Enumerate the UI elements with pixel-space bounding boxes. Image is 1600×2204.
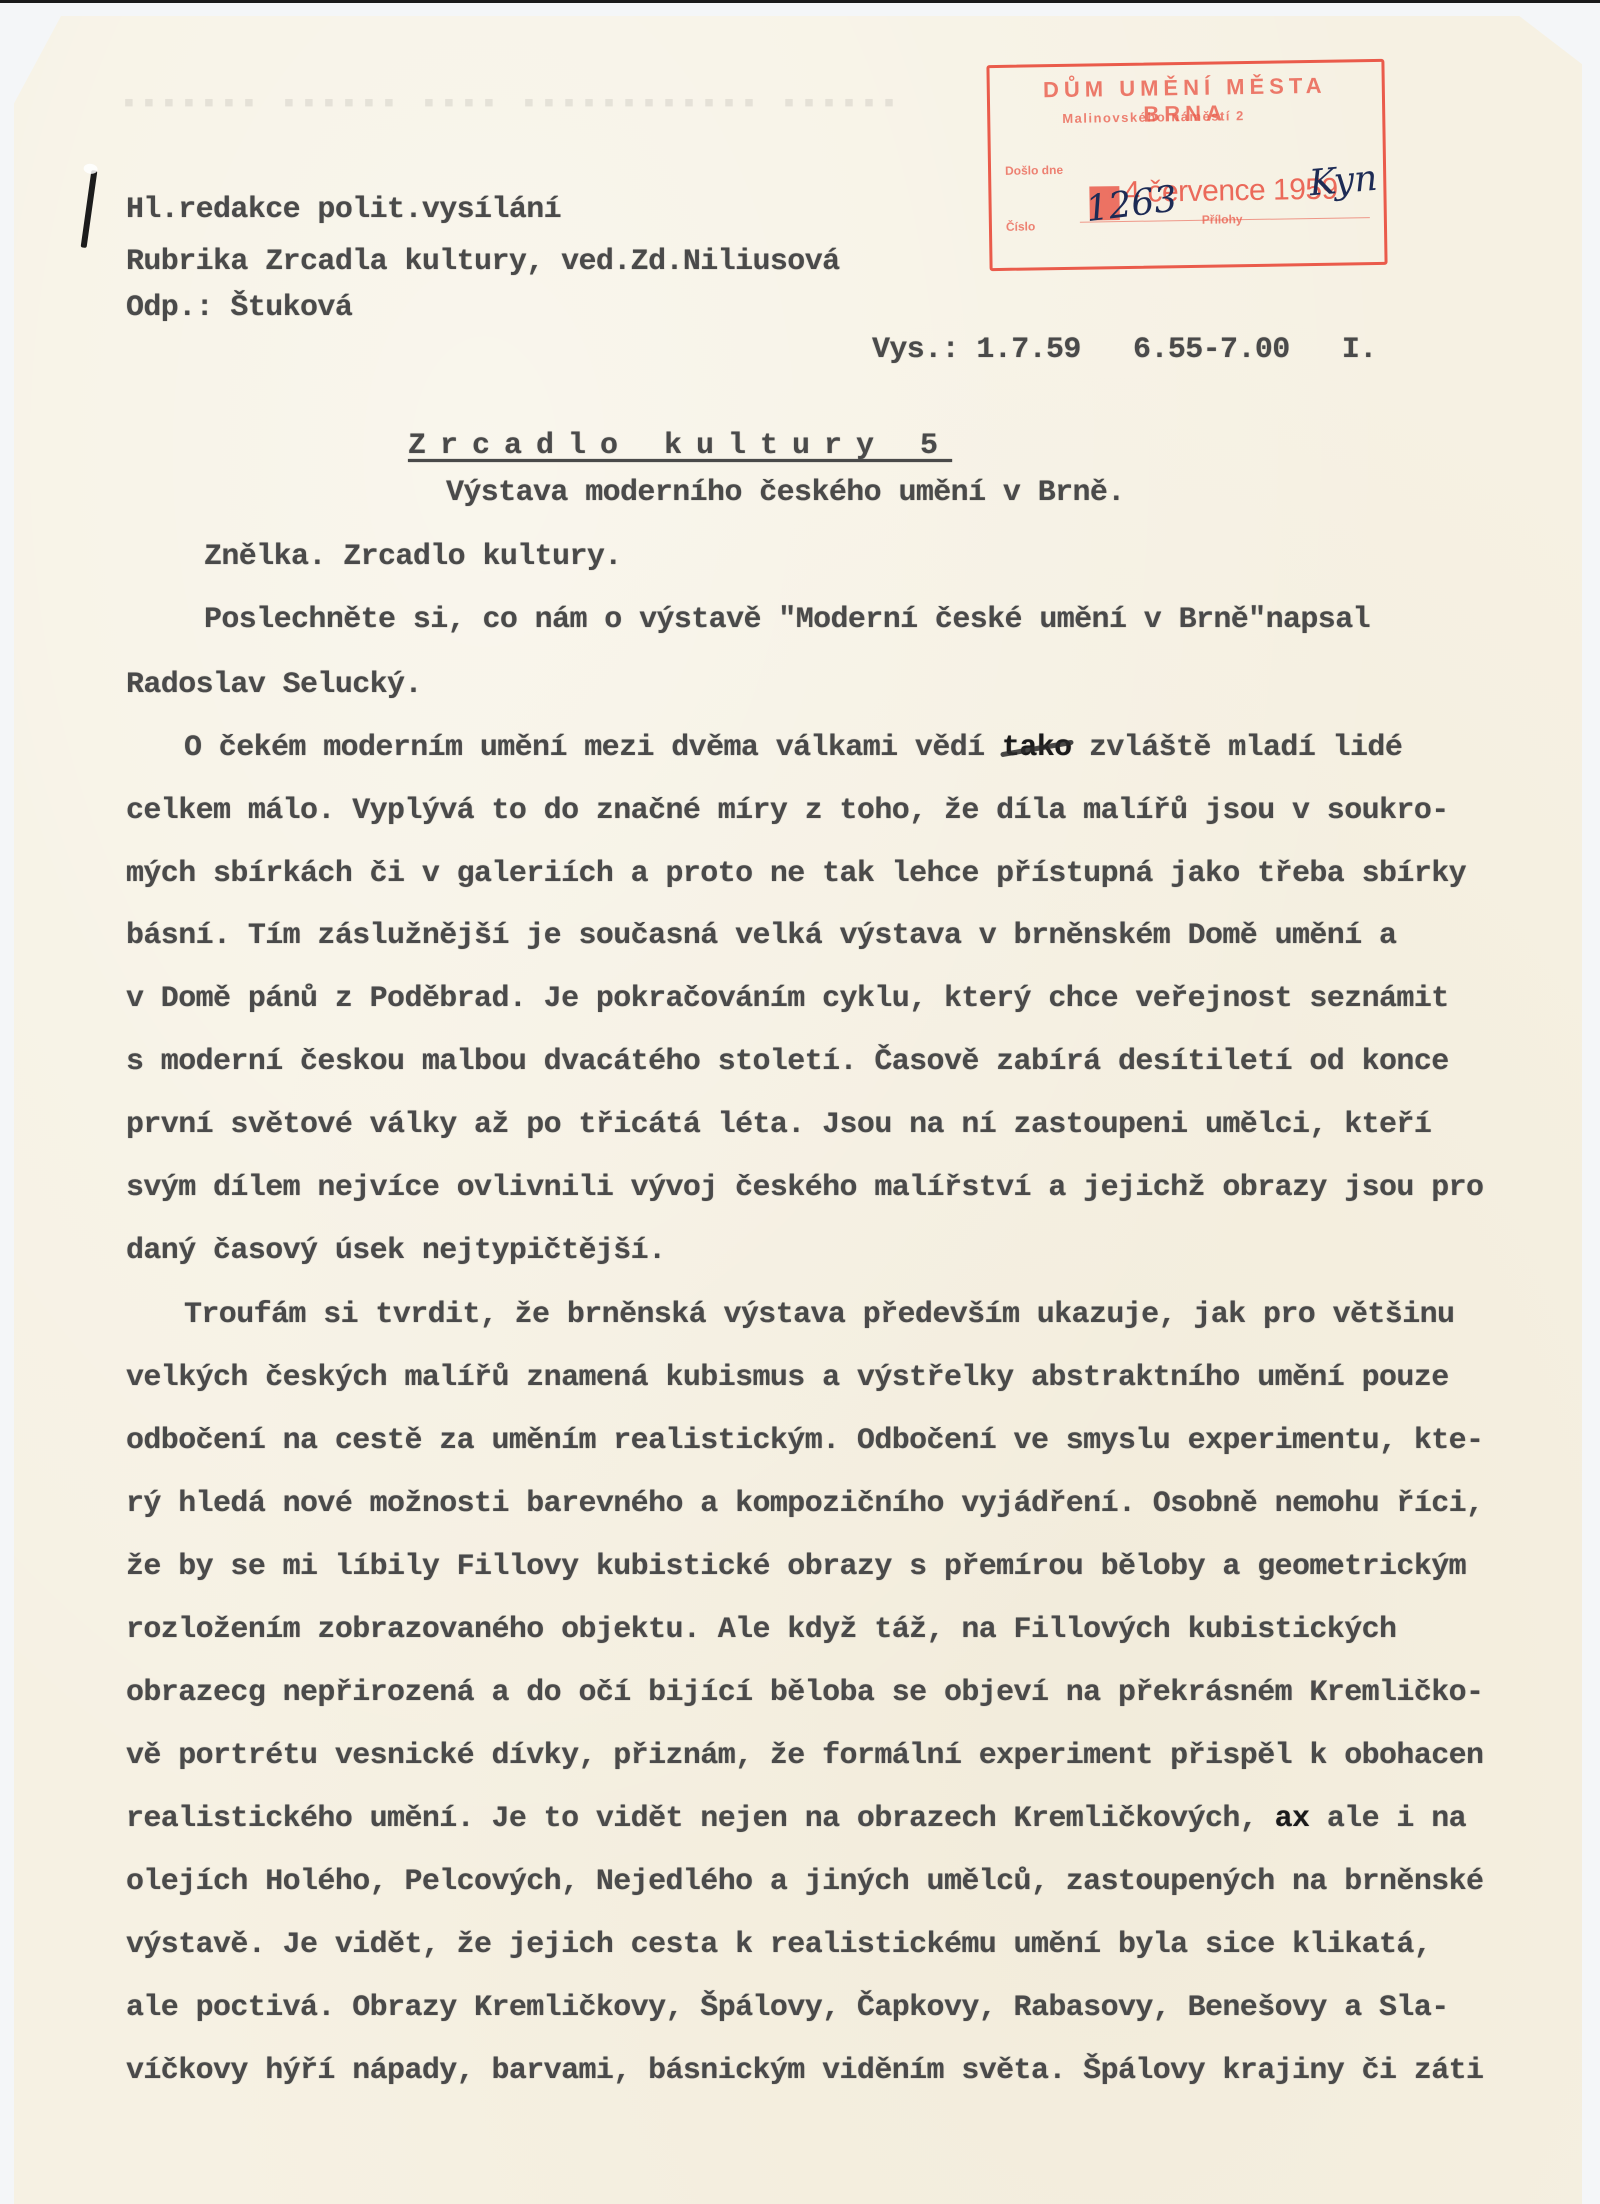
stamp-received-label: Došlo dne [1005,163,1063,178]
body-p2-line-3: odbočení na cestě za uměním realistickým… [126,1423,1483,1459]
body-p2-line-9: realistického umění. Je to vidět nejen n… [126,1801,1466,1837]
stamp-number-label: Číslo [1006,219,1036,233]
intro-line-1: Poslechněte si, co nám o výstavě "Modern… [204,602,1370,638]
body-p1-line-2: celkem málo. Vyplývá to do značné míry z… [126,793,1449,829]
body-p2-line-10: olejích Holého, Pelcových, Nejedlého a j… [126,1864,1483,1900]
body-p2-line-4: rý hledá nové možnosti barevného a kompo… [126,1486,1483,1522]
body-p2-line-6: rozložením zobrazovaného objektu. Ale kd… [126,1612,1396,1648]
handwritten-initials: Kyn [1308,158,1379,205]
body-p2-line-5: že by se mi líbily Fillovy kubistické ob… [126,1549,1466,1585]
body-p1-line-3: mých sbírkách či v galeriích a proto ne … [126,856,1466,892]
body-p1-line-9: daný časový úsek nejtypičtější. [126,1233,666,1269]
body-p2-line-13: víčkovy hýří nápady, barvami, básnickým … [126,2053,1483,2089]
body-p2-line-2: velkých českých malířů znamená kubismus … [126,1360,1449,1396]
header-line-responsible: Odp.: Štuková [126,290,352,326]
stamp-address: Malinovského náměstí 2 [1062,108,1245,126]
header-line-rubric: Rubrika Zrcadla kultury, ved.Zd.Niliusov… [126,244,840,280]
received-stamp: DŮM UMĚNÍ MĚSTA BRNA Malinovského náměst… [986,59,1387,271]
document-title: Zrcadlo kultury 5 [408,428,952,464]
body-p1-line-7: první světové války až po třicátá léta. … [126,1107,1431,1143]
body-p2-line-12: ale poctivá. Obrazy Kremličkovy, Špálovy… [126,1990,1449,2026]
intro-line-2: Radoslav Selucký. [126,667,422,703]
header-line-editorial: Hl.redakce polit.vysílání [126,192,561,228]
body-p2-line-9-post: ale i na [1309,1802,1466,1836]
document-subtitle: Výstava moderního českého umění v Brně. [446,475,1125,511]
body-p1-line-1-post: zvláště mladí lidé [1072,731,1403,765]
body-p1-line-6: s moderní českou malbou dvacátého stolet… [126,1044,1449,1080]
body-p1-line-4: básní. Tím záslužnější je současná velká… [126,918,1396,954]
body-p2-line-7: obrazecg nepřirozená a do očí bijící běl… [126,1675,1483,1711]
body-p1-line-5: v Domě pánů z Poděbrad. Je pokračováním … [126,981,1449,1017]
scan-top-edge [0,0,1600,3]
body-p2-line-9-pre: realistického umění. Je to vidět nejen n… [126,1802,1275,1836]
intro-jingle: Znělka. Zrcadlo kultury. [204,539,622,575]
body-p2-line-1: Troufám si tvrdit, že brněnská výstava p… [184,1297,1454,1333]
broadcast-info: Vys.: 1.7.59 6.55-7.00 I. [872,332,1377,368]
body-p1-line-1-pre: O čekém moderním umění mezi dvěma válkam… [184,731,1002,765]
body-p2-line-11: výstavě. Je vidět, že jejich cesta k rea… [126,1927,1431,1963]
body-p1-line-1: O čekém moderním umění mezi dvěma válkam… [184,730,1402,766]
body-p1-line-8: svým dílem nejvíce ovlivnili vývoj české… [126,1170,1483,1206]
overtyped-correction: ax [1275,1802,1310,1836]
struck-word: tako [1002,730,1072,766]
body-p2-line-8: vě portrétu vesnické dívky, přiznám, že … [126,1738,1483,1774]
